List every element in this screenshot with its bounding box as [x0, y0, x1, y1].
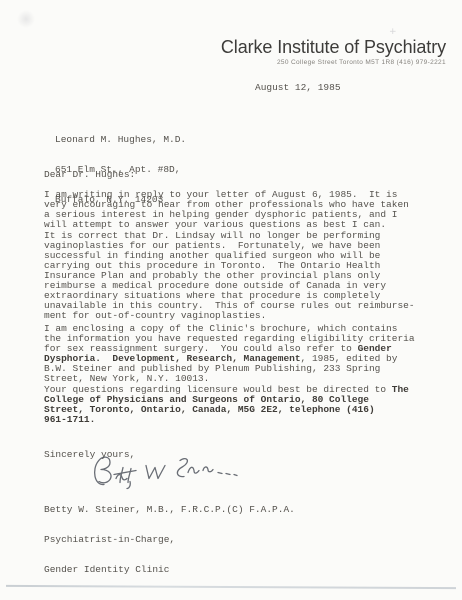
salutation: Dear Dr. Hughes: [44, 170, 135, 180]
letter-line: Street, Toronto, Ontario, Canada, M5G 2E… [44, 405, 409, 415]
letter-paragraph: It is correct that Dr. Lindsay will no l… [44, 231, 415, 321]
letter-paragraph: I am writing in reply to your letter of … [44, 190, 409, 230]
letter-paragraph: Your questions regarding licensure would… [44, 385, 409, 425]
scan-smudge [17, 10, 35, 28]
recipient-line: Leonard M. Hughes, M.D. [55, 135, 186, 145]
signer-unit: Gender Identity Clinic [44, 565, 295, 575]
letter-paragraph: I am enclosing a copy of the Clinic's br… [44, 324, 415, 384]
signature-block: Betty W. Steiner, M.B., F.R.C.P.(C) F.A.… [44, 485, 295, 595]
registration-mark-icon: + [389, 27, 397, 37]
letterhead-name: Clarke Institute of Psychiatry [221, 37, 446, 58]
date-line: August 12, 1985 [255, 83, 341, 93]
signer-name: Betty W. Steiner, M.B., F.R.C.P.(C) F.A.… [44, 505, 295, 515]
letter-line: Street, New York, N.Y. 10013. [44, 374, 415, 384]
signer-title: Psychiatrist-in-Charge, [44, 535, 295, 545]
letter-page: + Clarke Institute of Psychiatry 250 Col… [0, 0, 462, 600]
letter-line: ment for out-of-country vaginoplasties. [44, 311, 415, 321]
letter-line: 961-1711. [44, 415, 409, 425]
letterhead: Clarke Institute of Psychiatry 250 Colle… [221, 37, 446, 66]
letterhead-address: 250 College Street Toronto M5T 1R8 (416)… [221, 59, 446, 66]
letter-line: will attempt to answer your various ques… [44, 220, 409, 230]
